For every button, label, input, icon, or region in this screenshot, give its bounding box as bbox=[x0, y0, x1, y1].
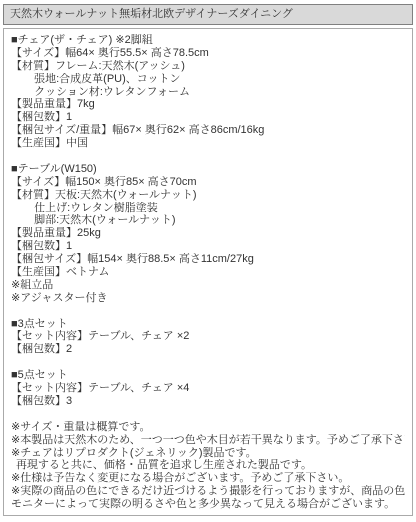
spec-line: 【製品重量】7kg bbox=[11, 98, 405, 111]
spec-line: ■3点セット bbox=[11, 318, 405, 331]
spec-line: 脚部:天然木(ウォールナット) bbox=[11, 214, 405, 227]
spec-line: ※実際の商品の色にできるだけ近づけるよう撮影を行っておりますが、商品の色はご使用… bbox=[11, 485, 405, 498]
spec-sheet: 天然木ウォールナット無垢材北欧デザイナーズダイニング ■チェア(ザ・チェア) ※… bbox=[3, 4, 413, 516]
spec-line: 【製品重量】25kg bbox=[11, 227, 405, 240]
spec-line: 【梱包数】2 bbox=[11, 343, 405, 356]
spec-title-bar: 天然木ウォールナット無垢材北欧デザイナーズダイニング bbox=[3, 4, 413, 25]
spec-line: 【梱包数】1 bbox=[11, 111, 405, 124]
spec-line: 【梱包数】1 bbox=[11, 240, 405, 253]
spec-line: クッション材:ウレタンフォーム bbox=[11, 86, 405, 99]
spec-line: 【サイズ】幅64× 奥行55.5× 高さ78.5cm bbox=[11, 47, 405, 60]
spec-line: 張地:合成皮革(PU)、コットン bbox=[11, 73, 405, 86]
spec-line: 【サイズ】幅150× 奥行85× 高さ70cm bbox=[11, 176, 405, 189]
spec-blank-line bbox=[11, 408, 405, 421]
spec-line: ※組立品 bbox=[11, 279, 405, 292]
spec-line: ■5点セット bbox=[11, 369, 405, 382]
spec-title: 天然木ウォールナット無垢材北欧デザイナーズダイニング bbox=[10, 8, 293, 20]
spec-line: 【セット内容】テーブル、チェア ×4 bbox=[11, 382, 405, 395]
spec-line: ※サイズ・重量は概算です。 bbox=[11, 421, 405, 434]
spec-line: 【梱包サイズ】幅154× 奥行88.5× 高さ11cm/27kg bbox=[11, 253, 405, 266]
spec-line: 【材質】天板:天然木(ウォールナット) bbox=[11, 189, 405, 202]
spec-content: ■チェア(ザ・チェア) ※2脚組【サイズ】幅64× 奥行55.5× 高さ78.5… bbox=[3, 28, 413, 516]
spec-line: 【梱包サイズ/重量】幅67× 奥行62× 高さ86cm/16kg bbox=[11, 124, 405, 137]
spec-blank-line bbox=[11, 356, 405, 369]
spec-line: ※本製品は天然木のため、一つ一つ色や木目が若干異なります。予めご了承下さい。 bbox=[11, 434, 405, 447]
spec-line: ※チェアはリプロダクト(ジェネリック)製品です。 bbox=[11, 447, 405, 460]
spec-line: 【材質】フレーム:天然木(アッシュ) bbox=[11, 60, 405, 73]
spec-blank-line bbox=[11, 305, 405, 318]
spec-line: 【生産国】ベトナム bbox=[11, 266, 405, 279]
spec-line: 【セット内容】テーブル、チェア ×2 bbox=[11, 330, 405, 343]
spec-line: ※仕様は予告なく変更になる場合がございます。予めご了承下さい。 bbox=[11, 472, 405, 485]
spec-line: ※アジャスター付き bbox=[11, 292, 405, 305]
spec-line: 【梱包数】3 bbox=[11, 395, 405, 408]
spec-blank-line bbox=[11, 150, 405, 163]
spec-line: 再現すると共に、価格・品質を追求し生産された製品です。 bbox=[11, 459, 405, 472]
spec-line: 【生産国】中国 bbox=[11, 137, 405, 150]
spec-line: 仕上げ:ウレタン樹脂塗装 bbox=[11, 202, 405, 215]
spec-line: モニターによって実際の明るさや色と多少異なって見える場合がございます。 bbox=[11, 498, 405, 511]
spec-line: ■テーブル(W150) bbox=[11, 163, 405, 176]
spec-line: ■チェア(ザ・チェア) ※2脚組 bbox=[11, 34, 405, 47]
